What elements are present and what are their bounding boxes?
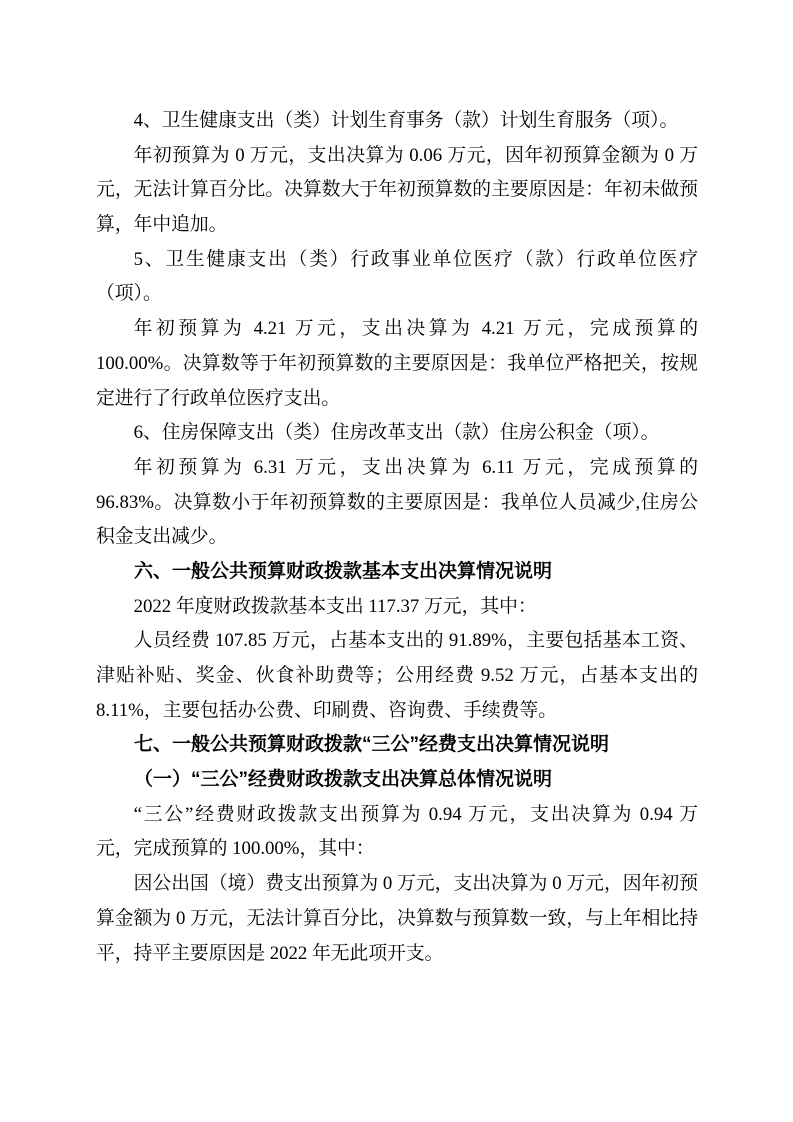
body-line: 津贴补贴、奖金、伙食补助费等；公用经费 9.52 万元，占基本支出的: [96, 659, 698, 694]
body-paragraph: 年初预算为 6.31 万元，支出决算为 6.11 万元，完成预算的96.83%。…: [96, 451, 698, 555]
body-paragraph: 人员经费 107.85 万元，占基本支出的 91.89%，主要包括基本工资、津贴…: [96, 624, 698, 728]
body-line: 算，年中追加。: [96, 208, 698, 243]
body-line: 8.11%，主要包括办公费、印刷费、咨询费、手续费等。: [96, 694, 698, 729]
body-line: “三公”经费财政拨款支出预算为 0.94 万元，支出决算为 0.94 万: [96, 798, 698, 833]
body-paragraph: 年初预算为 4.21 万元，支出决算为 4.21 万元，完成预算的100.00%…: [96, 312, 698, 416]
body-paragraph: 6、住房保障支出（类）住房改革支出（款）住房公积金（项）。: [96, 416, 698, 451]
body-line: 平，持平主要原因是 2022 年无此项开支。: [96, 937, 698, 972]
body-line: 2022 年度财政拨款基本支出 117.37 万元，其中：: [96, 590, 698, 625]
document-content: 4、卫生健康支出（类）计划生育事务（款）计划生育服务（项）。年初预算为 0 万元…: [96, 104, 698, 971]
body-line: （项）。: [96, 277, 698, 312]
body-line: 人员经费 107.85 万元，占基本支出的 91.89%，主要包括基本工资、: [96, 624, 698, 659]
body-paragraph: 5、卫生健康支出（类）行政事业单位医疗（款）行政单位医疗（项）。: [96, 243, 698, 312]
body-line: 4、卫生健康支出（类）计划生育事务（款）计划生育服务（项）。: [96, 104, 698, 139]
body-line: 6、住房保障支出（类）住房改革支出（款）住房公积金（项）。: [96, 416, 698, 451]
body-line: 年初预算为 4.21 万元，支出决算为 4.21 万元，完成预算的: [96, 312, 698, 347]
body-paragraph: 年初预算为 0 万元，支出决算为 0.06 万元，因年初预算金额为 0 万元，无…: [96, 139, 698, 243]
body-paragraph: 2022 年度财政拨款基本支出 117.37 万元，其中：: [96, 590, 698, 625]
body-line: 100.00%。决算数等于年初预算数的主要原因是：我单位严格把关，按规: [96, 347, 698, 382]
body-paragraph: 因公出国（境）费支出预算为 0 万元，支出决算为 0 万元，因年初预算金额为 0…: [96, 867, 698, 971]
heading-line: 六、一般公共预算财政拨款基本支出决算情况说明: [96, 555, 698, 590]
heading-paragraph: （一）“三公”经费财政拨款支出决算总体情况说明: [96, 763, 698, 798]
heading-line: 七、一般公共预算财政拨款“三公”经费支出决算情况说明: [96, 728, 698, 763]
document-page: 4、卫生健康支出（类）计划生育事务（款）计划生育服务（项）。年初预算为 0 万元…: [0, 0, 793, 1122]
body-line: 算金额为 0 万元，无法计算百分比，决算数与预算数一致，与上年相比持: [96, 902, 698, 937]
body-line: 元，完成预算的 100.00%，其中：: [96, 832, 698, 867]
body-line: 96.83%。决算数小于年初预算数的主要原因是：我单位人员减少,住房公: [96, 486, 698, 521]
body-line: 定进行了行政单位医疗支出。: [96, 382, 698, 417]
heading-paragraph: 六、一般公共预算财政拨款基本支出决算情况说明: [96, 555, 698, 590]
heading-line: （一）“三公”经费财政拨款支出决算总体情况说明: [96, 763, 698, 798]
body-line: 元，无法计算百分比。决算数大于年初预算数的主要原因是：年初未做预: [96, 173, 698, 208]
body-paragraph: 4、卫生健康支出（类）计划生育事务（款）计划生育服务（项）。: [96, 104, 698, 139]
heading-paragraph: 七、一般公共预算财政拨款“三公”经费支出决算情况说明: [96, 728, 698, 763]
body-line: 年初预算为 6.31 万元，支出决算为 6.11 万元，完成预算的: [96, 451, 698, 486]
body-line: 因公出国（境）费支出预算为 0 万元，支出决算为 0 万元，因年初预: [96, 867, 698, 902]
body-line: 5、卫生健康支出（类）行政事业单位医疗（款）行政单位医疗: [96, 243, 698, 278]
body-paragraph: “三公”经费财政拨款支出预算为 0.94 万元，支出决算为 0.94 万元，完成…: [96, 798, 698, 867]
body-line: 积金支出减少。: [96, 520, 698, 555]
body-line: 年初预算为 0 万元，支出决算为 0.06 万元，因年初预算金额为 0 万: [96, 139, 698, 174]
